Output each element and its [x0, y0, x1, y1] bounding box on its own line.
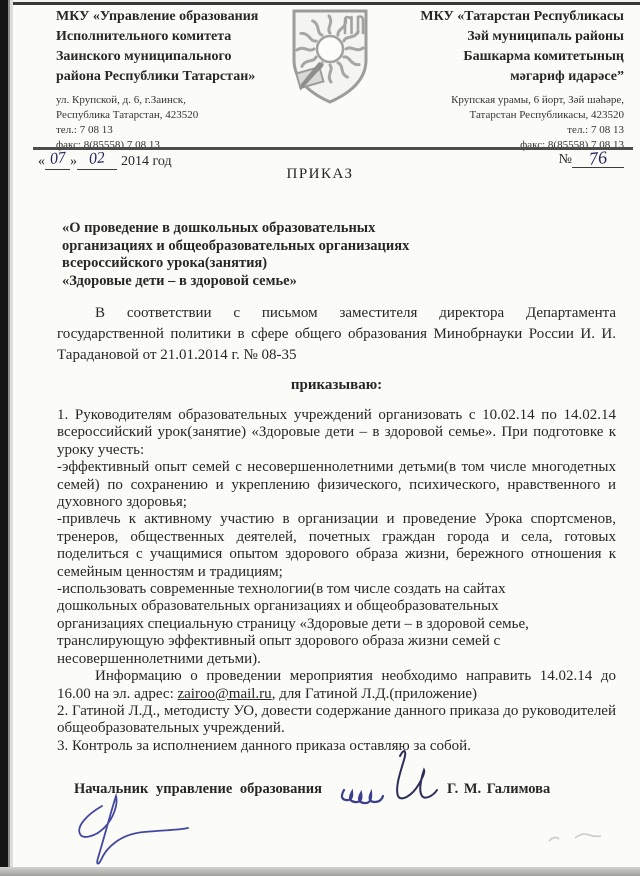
document-body: В соответствии с письмом заместителя дир… [57, 303, 616, 755]
signature-scribble-icon [68, 788, 218, 872]
org-address-tatar: Крупская урамы, 6 йорт, Зәй шәһәре, Тата… [451, 93, 624, 153]
email-address: zairoo@mail.ru [177, 686, 271, 702]
org-name-russian: МКУ «Управление образования Исполнительн… [56, 7, 308, 87]
item-1-bullet-3: -использовать современные технологии(в т… [57, 581, 616, 668]
number-sign: № [559, 152, 572, 167]
signatory-name: Г. М. Галимова [447, 781, 550, 798]
intro-paragraph: В соответствии с письмом заместителя дир… [57, 303, 616, 366]
order-word: приказываю: [57, 376, 616, 395]
org-name-tatar: МКУ «Татарстан Республикасы Зәй муниципа… [372, 7, 624, 87]
number-underline: 76 [572, 148, 624, 168]
info-text-after: , для Гатиной Л.Д.(приложение) [272, 686, 477, 702]
item-3: 3. Контроль за исполнением данного прика… [57, 738, 616, 755]
item-1-bullet-2: -привлечь к активному участию в организа… [57, 511, 616, 581]
order-subject: «О проведение в дошкольных образовательн… [62, 220, 502, 290]
org-address-russian: ул. Крупской, д. 6, г.Заинск, Республика… [56, 93, 198, 153]
scanned-order-document: МКУ «Управление образования Исполнительн… [0, 0, 640, 876]
pencil-smudge-icon [545, 828, 605, 848]
scan-edge-bottom [0, 867, 640, 876]
item-2: 2. Гатиной Л.Д., методисту УО, довести с… [57, 703, 616, 738]
scan-edge-left [0, 0, 13, 876]
coat-of-arms-icon [286, 4, 374, 106]
signature-galimova-icon [338, 746, 453, 816]
number-line: №76 [559, 148, 624, 168]
item-1-bullet-1: -эффективный опыт семей с несовершенноле… [57, 459, 616, 511]
item-1: 1. Руководителям образовательных учрежде… [57, 407, 616, 459]
document-title: ПРИКАЗ [0, 166, 640, 183]
info-paragraph: Информацию о проведении мероприятия необ… [57, 668, 616, 703]
